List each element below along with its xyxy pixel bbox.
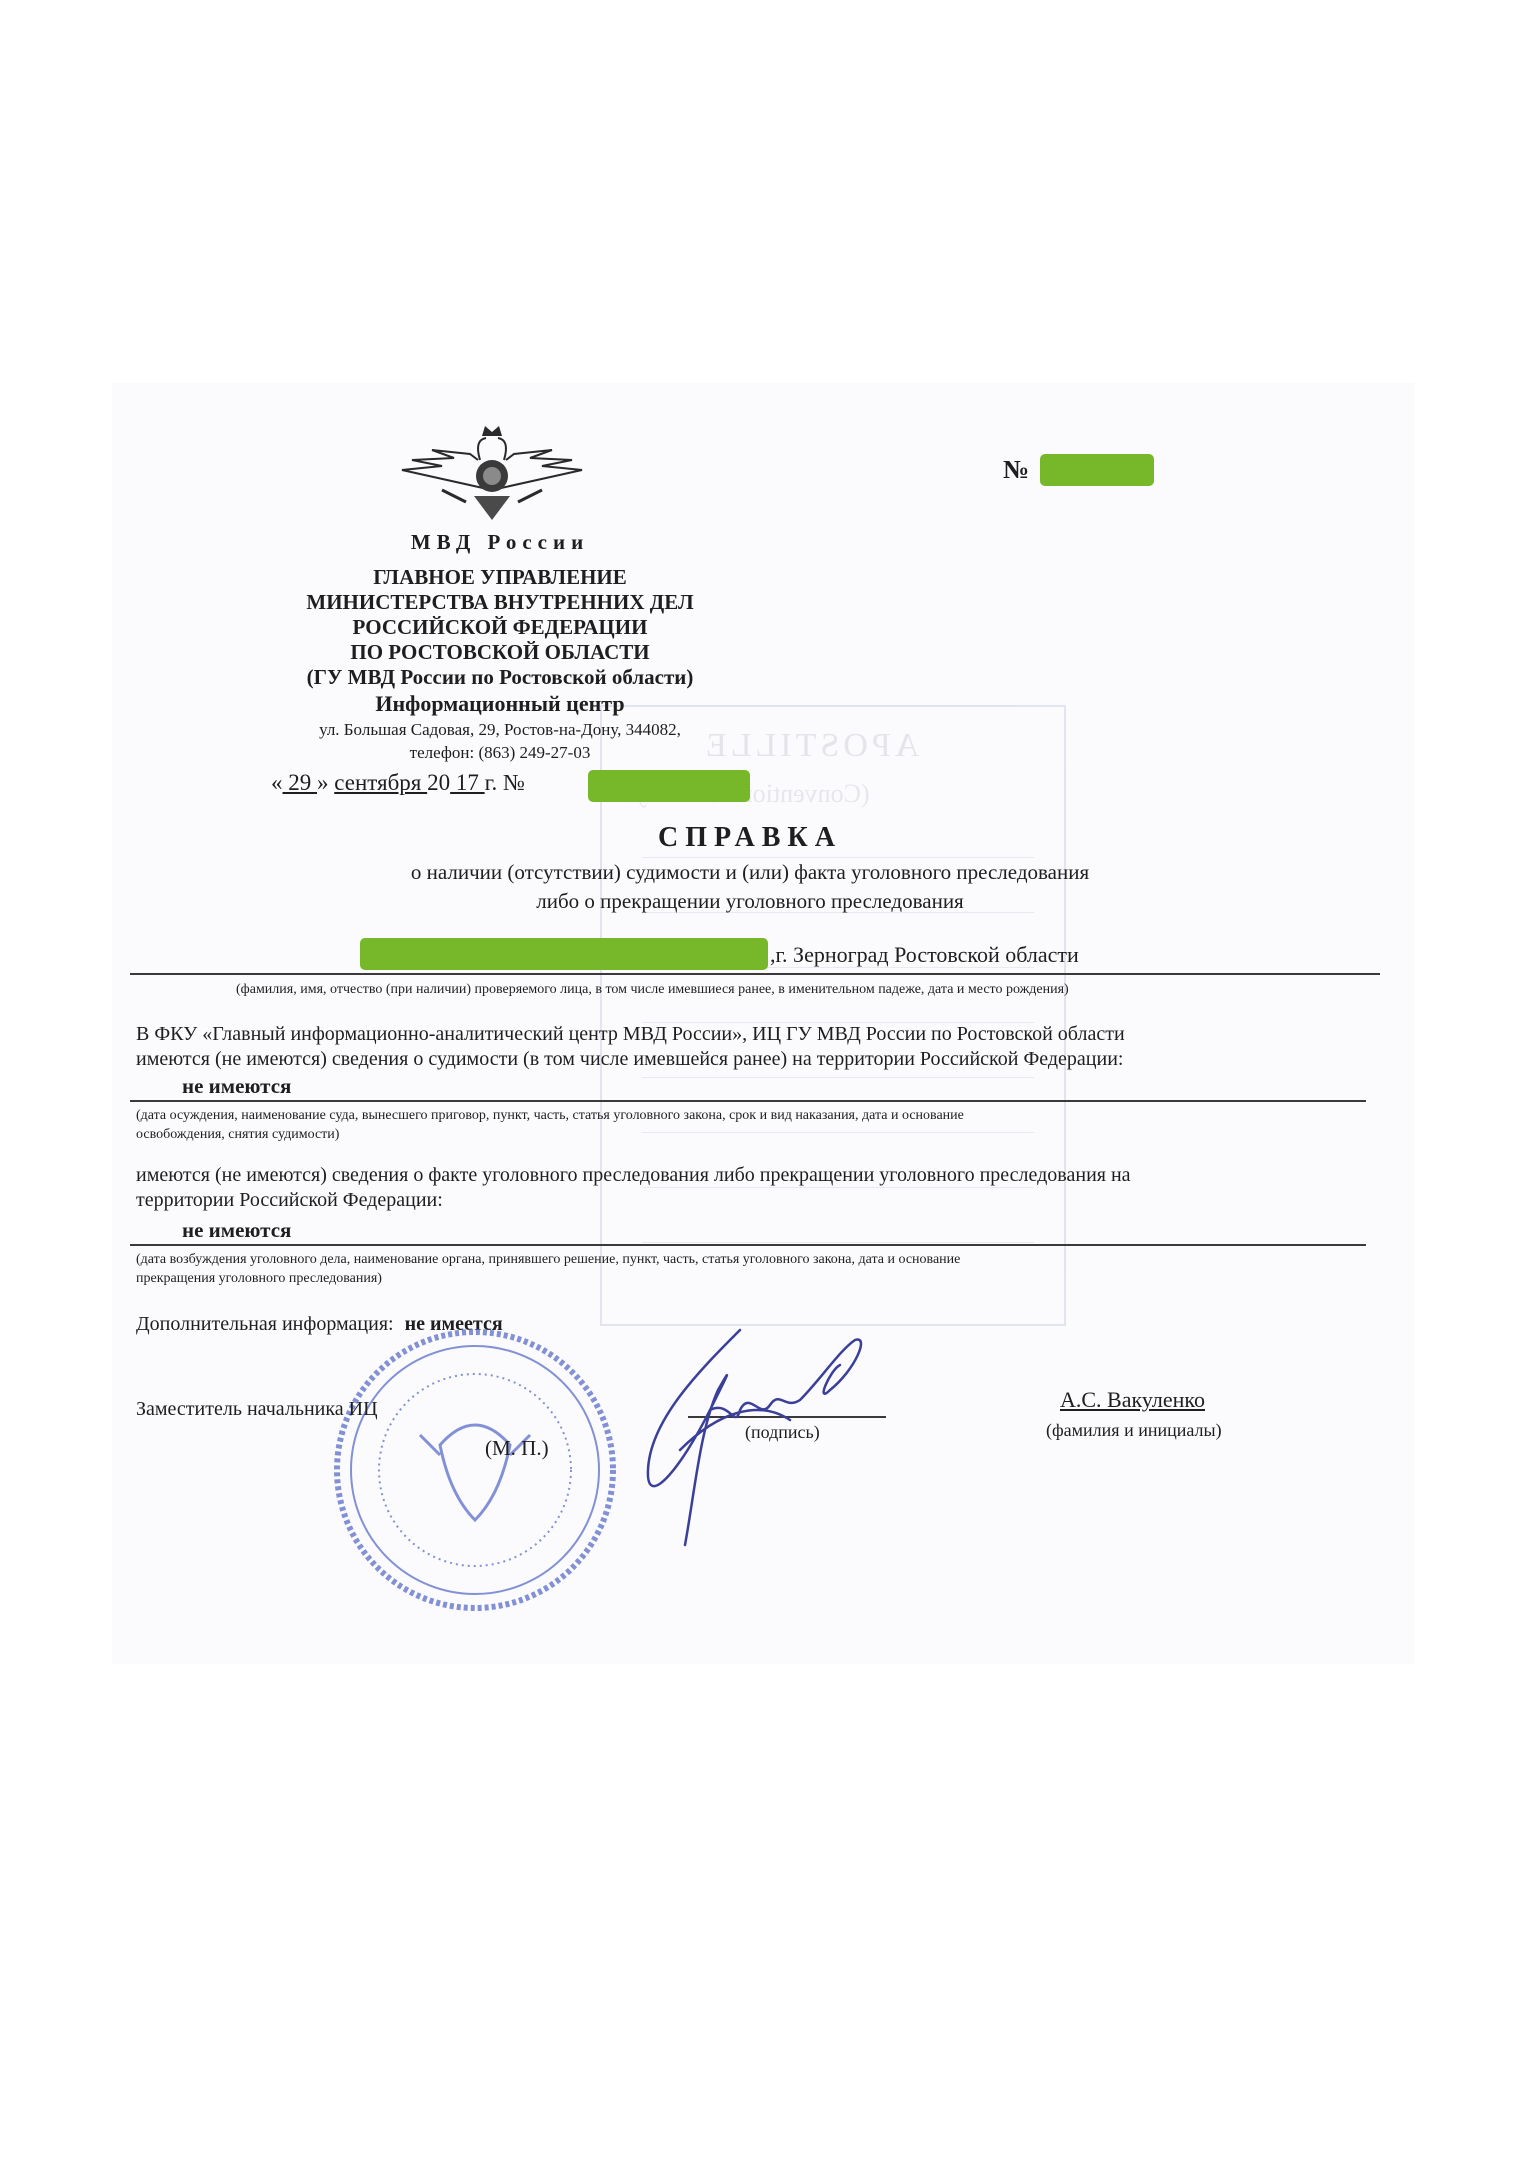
seal-label: (М. П.) xyxy=(485,1436,549,1461)
mvd-emblem-icon xyxy=(382,420,602,530)
person-caption: (фамилия, имя, отчество (при наличии) пр… xyxy=(236,980,1336,999)
redacted-registration-number xyxy=(588,770,750,802)
handwritten-signature-icon xyxy=(640,1310,900,1550)
letterhead-line: РОССИЙСКОЙ ФЕДЕРАЦИИ xyxy=(250,615,750,640)
org-short-name: МВД России xyxy=(250,530,750,555)
redacted-document-number xyxy=(1040,454,1154,486)
signatory-name: А.С. Вакуленко xyxy=(1060,1387,1205,1412)
signatory-position: Заместитель начальника ИЦ xyxy=(136,1397,378,1422)
document-number-label: № xyxy=(1003,455,1029,485)
address: ул. Большая Садовая, 29, Ростов-на-Дону,… xyxy=(250,718,750,741)
letterhead-line: ГЛАВНОЕ УПРАВЛЕНИЕ xyxy=(250,565,750,590)
letterhead: ГЛАВНОЕ УПРАВЛЕНИЕ МИНИСТЕРСТВА ВНУТРЕНН… xyxy=(250,565,750,764)
redacted-person-name xyxy=(360,938,768,970)
date-month: сентября xyxy=(334,770,427,795)
divider xyxy=(130,1244,1366,1246)
divider xyxy=(130,973,1380,975)
criminal-record-value: не имеются xyxy=(182,1074,291,1099)
document-subtitle: о наличии (отсутствии) судимости и (или)… xyxy=(300,858,1200,916)
letterhead-line: МИНИСТЕРСТВА ВНУТРЕННИХ ДЕЛ xyxy=(250,590,750,615)
prosecution-value: не имеются xyxy=(182,1218,291,1243)
letterhead-line: (ГУ МВД России по Ростовской области) xyxy=(250,665,750,690)
date-day: 29 xyxy=(283,770,318,795)
signatory-name-caption: (фамилия и инициалы) xyxy=(1046,1418,1222,1443)
criminal-record-caption: (дата осуждения, наименование суда, выне… xyxy=(136,1106,1396,1144)
letterhead-line: ПО РОСТОВСКОЙ ОБЛАСТИ xyxy=(250,640,750,665)
official-seal-icon xyxy=(330,1325,620,1615)
date-year: 17 xyxy=(450,770,485,795)
prosecution-statement: имеются (не имеются) сведения о факте уг… xyxy=(136,1163,1396,1213)
phone: телефон: (863) 249-27-03 xyxy=(250,741,750,764)
prosecution-caption: (дата возбуждения уголовного дела, наиме… xyxy=(136,1250,1396,1288)
criminal-record-statement: В ФКУ «Главный информационно-аналитическ… xyxy=(136,1022,1396,1072)
issue-date: « 29 » сентября 20 17 г. № xyxy=(271,770,525,796)
divider xyxy=(130,1100,1366,1102)
department-name: Информационный центр xyxy=(250,690,750,718)
document-title: СПРАВКА xyxy=(300,822,1200,854)
birth-place: ,г. Зерноград Ростовской области xyxy=(770,942,1079,968)
